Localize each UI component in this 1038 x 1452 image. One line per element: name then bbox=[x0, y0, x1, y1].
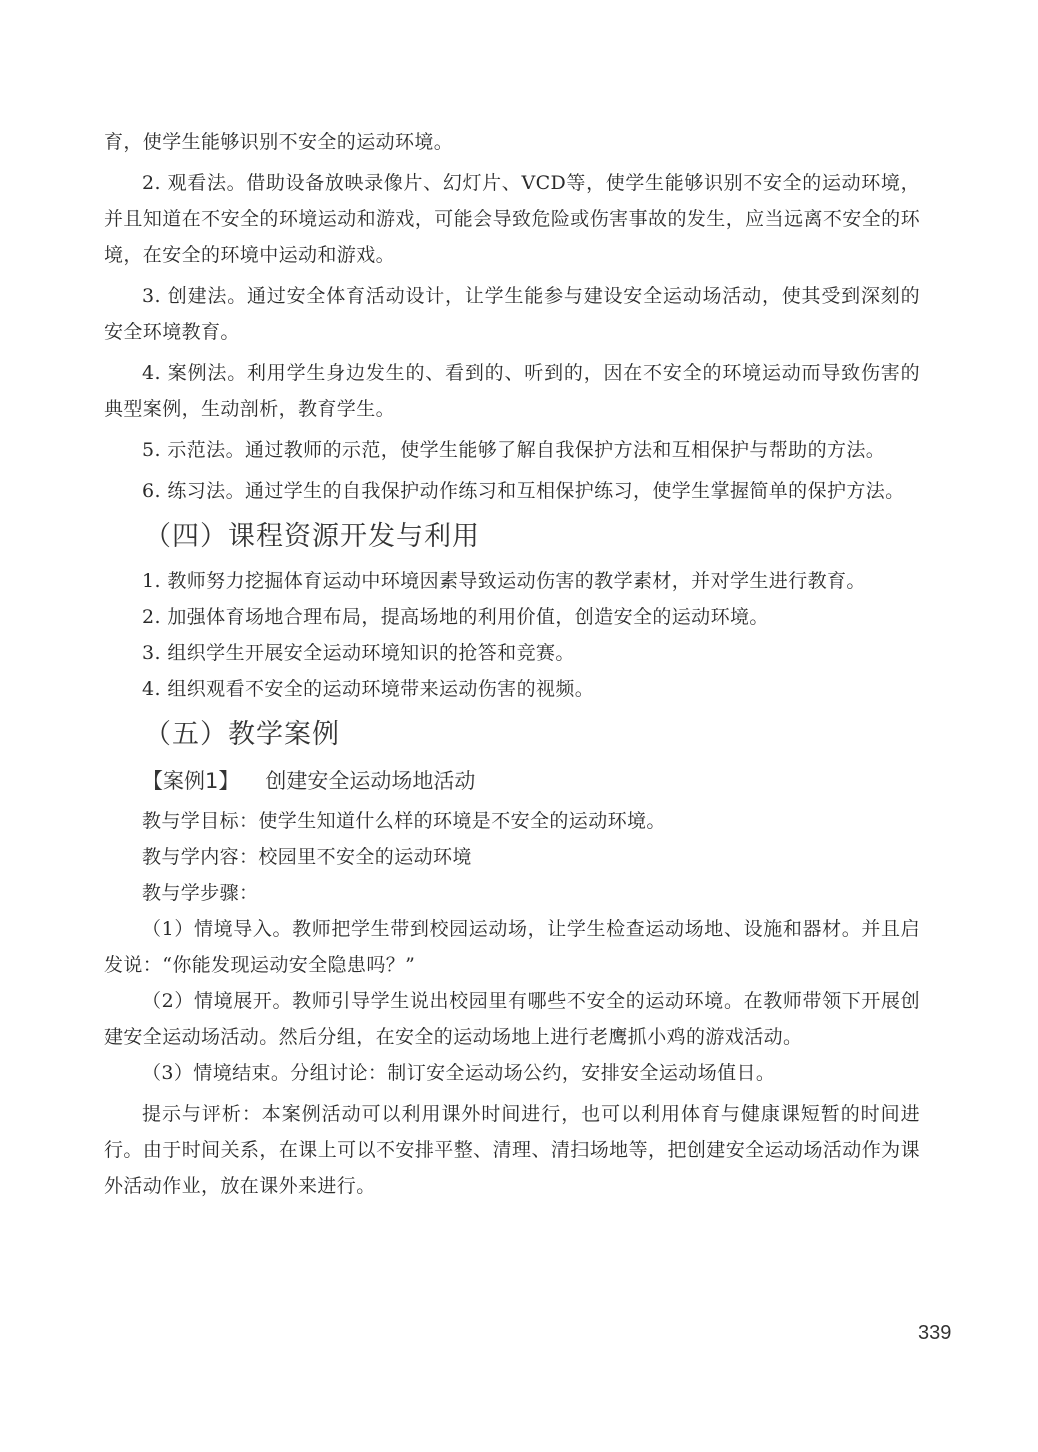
list-item: 3. 组织学生开展安全运动环境知识的抢答和竞赛。 bbox=[142, 635, 920, 671]
case-steps-label: 教与学步骤： bbox=[142, 875, 920, 911]
case-step: （1）情境导入。教师把学生带到校园运动场，让学生检查运动场地、设施和器材。并且启… bbox=[104, 911, 920, 983]
document-page: 育，使学生能够识别不安全的运动环境。 2. 观看法。借助设备放映录像片、幻灯片、… bbox=[104, 124, 920, 1204]
case-title: 创建安全运动场地活动 bbox=[265, 769, 475, 793]
case-analysis: 提示与评析：本案例活动可以利用课外时间进行，也可以利用体育与健康课短暂的时间进行… bbox=[104, 1096, 920, 1204]
method-paragraph: 4. 案例法。利用学生身边发生的、看到的、听到的，因在不安全的环境运动而导致伤害… bbox=[104, 355, 920, 427]
page-number: 339 bbox=[918, 1322, 951, 1345]
list-item: 4. 组织观看不安全的运动环境带来运动伤害的视频。 bbox=[142, 671, 920, 707]
case-goal: 教与学目标：使学生知道什么样的环境是不安全的运动环境。 bbox=[142, 803, 920, 839]
section-heading-4: （四）课程资源开发与利用 bbox=[144, 517, 920, 557]
list-item: 1. 教师努力挖掘体育运动中环境因素导致运动伤害的教学素材，并对学生进行教育。 bbox=[142, 563, 920, 599]
method-paragraph: 6. 练习法。通过学生的自我保护动作练习和互相保护练习，使学生掌握简单的保护方法… bbox=[104, 473, 920, 509]
paragraph-continuation: 育，使学生能够识别不安全的运动环境。 bbox=[104, 124, 920, 160]
list-item: 2. 加强体育场地合理布局，提高场地的利用价值，创造安全的运动环境。 bbox=[142, 599, 920, 635]
case-step: （2）情境展开。教师引导学生说出校园里有哪些不安全的运动环境。在教师带领下开展创… bbox=[104, 983, 920, 1055]
case-label: 【案例1】 bbox=[142, 769, 239, 793]
section-heading-5: （五）教学案例 bbox=[144, 715, 920, 755]
method-paragraph: 5. 示范法。通过教师的示范，使学生能够了解自我保护方法和互相保护与帮助的方法。 bbox=[104, 432, 920, 468]
case-heading: 【案例1】创建安全运动场地活动 bbox=[142, 761, 920, 801]
case-content: 教与学内容：校园里不安全的运动环境 bbox=[142, 839, 920, 875]
method-paragraph: 3. 创建法。通过安全体育活动设计，让学生能参与建设安全运动场活动，使其受到深刻… bbox=[104, 278, 920, 350]
method-paragraph: 2. 观看法。借助设备放映录像片、幻灯片、VCD等，使学生能够识别不安全的运动环… bbox=[104, 165, 920, 273]
case-step: （3）情境结束。分组讨论：制订安全运动场公约，安排安全运动场值日。 bbox=[104, 1055, 920, 1091]
